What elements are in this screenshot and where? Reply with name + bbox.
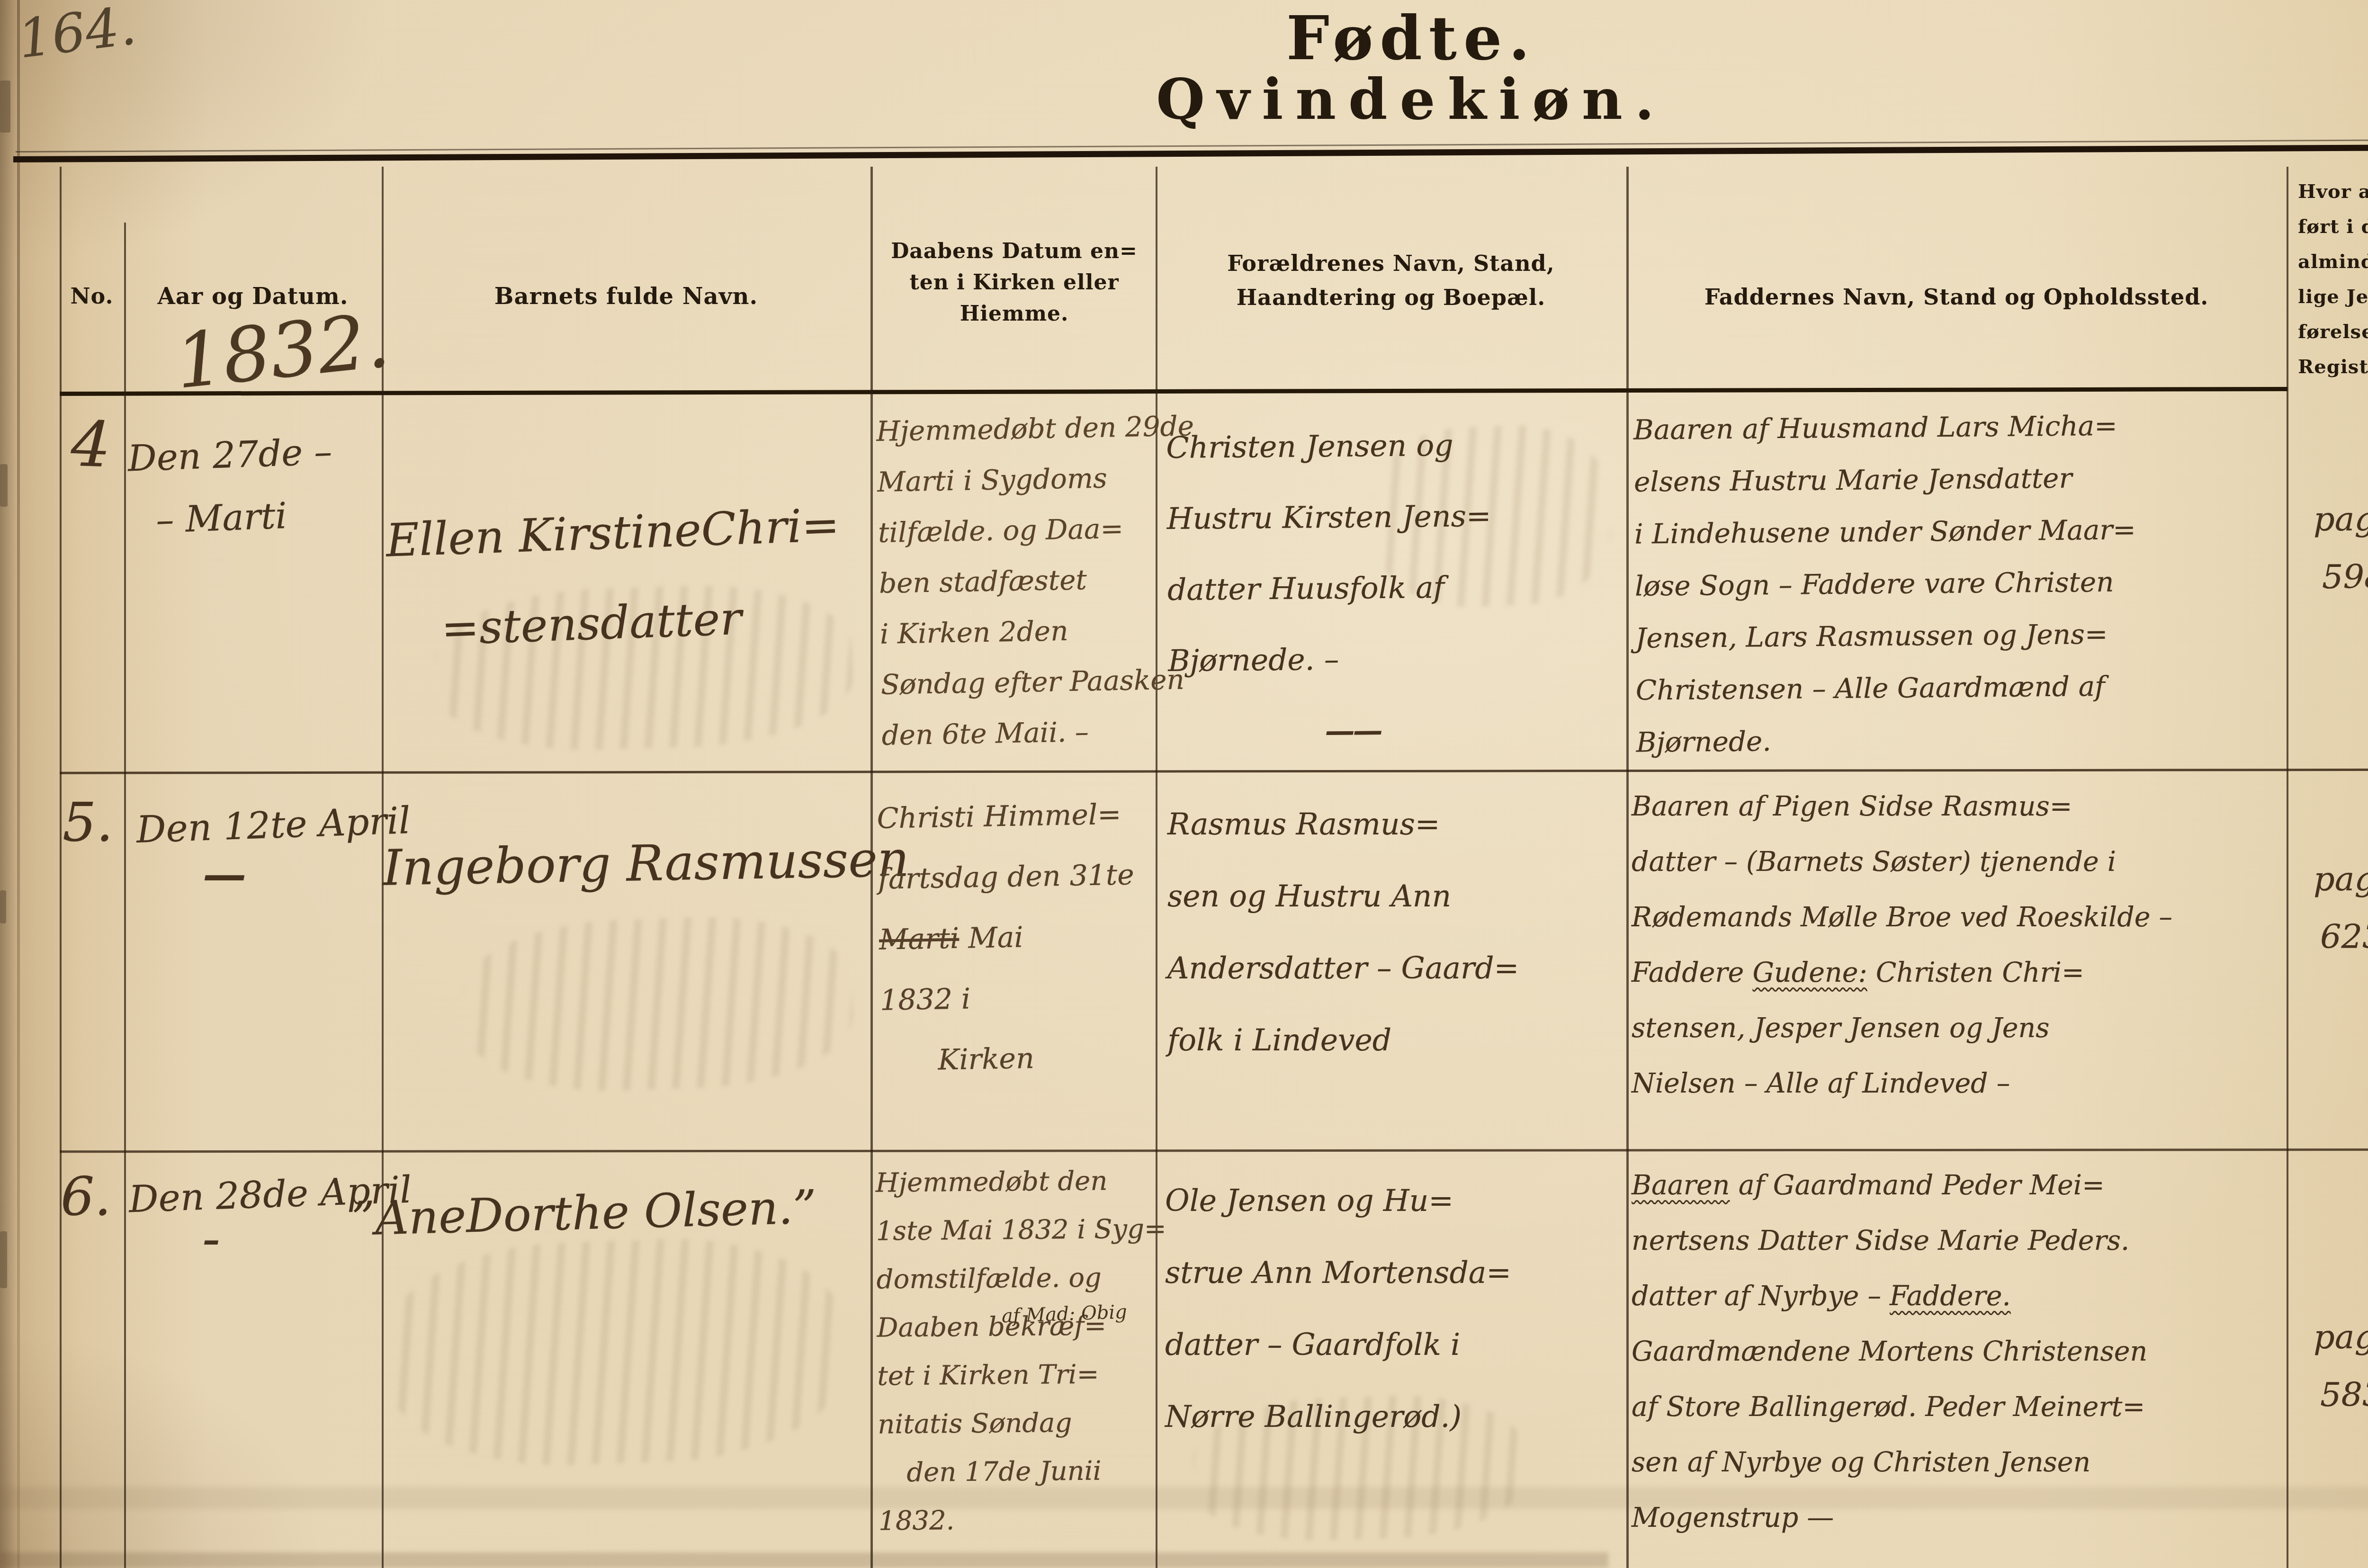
underlined-word: Gudene: xyxy=(1752,957,1867,988)
hw-line: Jensen, Lars Rasmussen og Jens= xyxy=(1635,608,2137,664)
column-divider xyxy=(1626,167,1629,1568)
hw-line: Christensen – Alle Gaardmænd af xyxy=(1635,660,2137,716)
hw-line: Baaren af Huusmand Lars Micha= xyxy=(1633,399,2135,456)
col-header-register: Hvor an= ført i det alminde= lige Jevn= … xyxy=(2298,174,2368,385)
hw-line: Faddere Gudene: Christen Chri= xyxy=(1632,945,2172,1001)
header-line: alminde= xyxy=(2298,244,2368,279)
hw-line: folk i Lindeved xyxy=(1167,1004,1519,1076)
page-edge-shadow xyxy=(0,0,18,1568)
ink-bleedthrough xyxy=(461,912,855,1096)
r6-name: ”AneDorthe Olsen.” xyxy=(351,1180,817,1246)
hw-word: af Gaardmand Peder Mei= xyxy=(1730,1170,2105,1201)
header-year-handwritten: 1832. xyxy=(171,297,394,406)
page-number: 164. xyxy=(15,0,139,71)
hw-word: Faddere xyxy=(1632,957,1752,988)
hw-line: Nielsen – Alle af Lindeved – xyxy=(1632,1056,2172,1111)
edge-mark xyxy=(0,81,10,133)
hw-line: pag xyxy=(2314,850,2368,908)
col-header-name: Barnets fulde Navn. xyxy=(382,283,870,310)
r5-baptism: Christi Himmel= fartsdag den 31te Marti … xyxy=(876,784,1138,1091)
hw-word: datter af Nyrbye – xyxy=(1632,1281,1890,1312)
hw-line: i Kirken 2den xyxy=(879,603,1198,660)
hw-line: i Lindehusene under Sønder Maar= xyxy=(1634,503,2136,560)
corner-shadow xyxy=(0,1331,332,1568)
hw-line: stensen, Jesper Jensen og Jens xyxy=(1632,1001,2172,1056)
hw-line: —— xyxy=(1168,694,1493,768)
hw-line: Christen Jensen og xyxy=(1166,410,1491,484)
row-divider xyxy=(60,768,2368,774)
hw-line: fartsdag den 31te xyxy=(878,844,1135,909)
r4-no: 4 xyxy=(70,408,112,482)
hw-line: Gaardmændene Mortens Christensen xyxy=(1632,1324,2147,1380)
hw-line: Rødemands Mølle Broe ved Roeskilde – xyxy=(1632,890,2172,945)
table-top-rule xyxy=(13,143,2368,162)
paper-crease xyxy=(0,1552,1608,1568)
hw-line: 598. xyxy=(2314,548,2368,606)
hw-line: Baaren af Pigen Sidse Rasmus= xyxy=(1632,779,2172,834)
r5-parents: Rasmus Rasmus= sen og Hustru Ann Andersd… xyxy=(1167,788,1519,1076)
r4-register: pag 598. xyxy=(2314,490,2368,606)
struck-word: Marti xyxy=(879,922,959,957)
underlined-word: Baaren xyxy=(1632,1170,1730,1201)
hw-line: sen og Hustru Ann xyxy=(1167,860,1519,932)
hw-line: sen af Nyrbye og Christen Jensen xyxy=(1632,1435,2147,1490)
hw-line: nertsens Datter Sidse Marie Peders. xyxy=(1632,1213,2147,1269)
header-line: ført i det xyxy=(2298,209,2368,244)
edge-mark xyxy=(0,890,6,923)
header-line: førelses xyxy=(2298,314,2368,349)
hw-line: 1832. xyxy=(879,1495,1169,1545)
r6-register: pag 583. xyxy=(2314,1308,2368,1424)
hw-line: nitatis Søndag xyxy=(878,1398,1168,1449)
hw-line: Nørre Ballingerød.) xyxy=(1165,1381,1511,1453)
r6-sponsors: Baaren af Gaardmand Peder Mei= nertsens … xyxy=(1632,1158,2147,1546)
hw-line: den 6te Maii. – xyxy=(881,705,1200,761)
col-header-no: No. xyxy=(60,283,124,309)
hw-line: løse Sogn – Faddere vare Christen xyxy=(1635,556,2137,612)
hw-line: datter af Nyrbye – Faddere. xyxy=(1632,1269,2147,1324)
hw-line: strue Ann Mortensda= xyxy=(1165,1237,1511,1309)
column-divider xyxy=(60,167,62,1568)
r5-name: Ingeborg Rasmussen xyxy=(382,830,910,896)
r5-no: 5. xyxy=(63,792,113,853)
r4-baptism: Hjemmedøbt den 29de Marti i Sygdoms tilf… xyxy=(876,401,1200,761)
hw-line: Hjemmedøbt den 29de xyxy=(876,401,1194,457)
hw-line: pag xyxy=(2314,1308,2368,1366)
r4-parents: Christen Jensen og Hustru Kirsten Jens= … xyxy=(1166,410,1494,768)
hw-line: Bjørnede. – xyxy=(1168,623,1493,697)
header-line: Hvor an= xyxy=(2298,174,2368,209)
hw-line: 623. xyxy=(2314,908,2368,966)
page-title: Fødte. xyxy=(1080,3,1743,74)
hw-line: Hjemmedøbt den xyxy=(875,1156,1166,1207)
underlined-word: Faddere. xyxy=(1890,1281,2010,1312)
hw-line: Mogenstrup — xyxy=(1632,1490,2147,1546)
hw-word: Mai xyxy=(959,921,1024,955)
hw-line: af Store Ballingerød. Peder Meinert= xyxy=(1632,1380,2147,1435)
r6-date-dash: – xyxy=(203,1219,218,1260)
r5-register: pag 623. xyxy=(2314,850,2368,966)
header-line: Hiemme. xyxy=(873,298,1156,330)
hw-line: Søndag efter Paasken xyxy=(880,654,1199,710)
r6-no: 6. xyxy=(61,1166,111,1228)
hw-line: Rasmus Rasmus= xyxy=(1167,788,1519,860)
header-bottom-rule xyxy=(60,387,2287,396)
hw-word: Christen Chri= xyxy=(1867,957,2084,988)
hw-line: datter – (Barnets Søster) tjenende i xyxy=(1632,834,2172,890)
hw-line: Marti Mai xyxy=(879,905,1136,970)
column-divider xyxy=(2287,167,2288,1568)
hw-line: Ole Jensen og Hu= xyxy=(1165,1165,1511,1237)
row-divider xyxy=(60,1148,2368,1153)
header-line: ten i Kirken eller xyxy=(873,267,1156,298)
hw-line: tet i Kirken Tri= xyxy=(877,1350,1168,1400)
header-line: Regist er. xyxy=(2298,349,2368,385)
hw-line: pag xyxy=(2314,490,2368,548)
r4-name: Ellen KirstineChri= =stensdatter xyxy=(385,480,844,675)
edge-mark xyxy=(0,1231,7,1288)
hw-line: 1832 i xyxy=(879,966,1137,1030)
col-header-parents: Forældrenes Navn, Stand, Haandtering og … xyxy=(1156,246,1626,314)
ink-bleedthrough xyxy=(385,1233,847,1471)
hw-line: Andersdatter – Gaard= xyxy=(1167,932,1519,1004)
r6-baptism-insertion: af Mad: Obig xyxy=(1001,1301,1127,1327)
hw-line: datter Huusfolk af xyxy=(1167,552,1492,626)
col-header-baptism: Daabens Datum en= ten i Kirken eller Hie… xyxy=(873,236,1156,330)
r4-sponsors: Baaren af Huusmand Lars Micha= elsens Hu… xyxy=(1633,399,2138,768)
header-line: lige Jevn= xyxy=(2298,279,2368,314)
header-line: Daabens Datum en= xyxy=(873,236,1156,267)
r6-parents: Ole Jensen og Hu= strue Ann Mortensda= d… xyxy=(1165,1165,1511,1453)
hw-line: datter – Gaardfolk i xyxy=(1165,1309,1511,1381)
r6-baptism: Hjemmedøbt den 1ste Mai 1832 i Syg= doms… xyxy=(875,1156,1169,1545)
r5-date: Den 12te April xyxy=(136,799,412,851)
page-edge-line xyxy=(17,0,20,1568)
page-subtitle: Qvindekiøn. xyxy=(1032,66,1790,132)
hw-line: 583. xyxy=(2314,1366,2368,1424)
hw-line: elsens Hustru Marie Jensdatter xyxy=(1634,451,2136,508)
edge-mark xyxy=(0,464,8,507)
r5-sponsors: Baaren af Pigen Sidse Rasmus= datter – (… xyxy=(1632,779,2172,1111)
header-line: Forældrenes Navn, Stand, xyxy=(1156,246,1626,280)
hw-line: Marti i Sygdoms xyxy=(877,451,1195,508)
header-line: Haandtering og Boepæl. xyxy=(1156,280,1626,314)
r5-date-dash: — xyxy=(203,849,244,900)
hw-line: Den 27de – xyxy=(127,421,333,490)
hw-line: Ellen KirstineChri= xyxy=(385,480,842,585)
hw-line: Christi Himmel= xyxy=(876,784,1133,849)
col-header-sponsors: Faddernes Navn, Stand og Opholdssted. xyxy=(1626,284,2287,310)
column-divider xyxy=(124,223,126,1568)
hw-line: =stensdatter xyxy=(387,570,844,675)
hw-line: Bjørnede. xyxy=(1636,712,2138,768)
hw-line: ben stadfæstet xyxy=(879,553,1197,609)
hw-line: den 17de Junii xyxy=(878,1446,1169,1497)
hw-line: Hustru Kirsten Jens= xyxy=(1166,481,1491,555)
hw-line: 1ste Mai 1832 i Syg= xyxy=(876,1205,1166,1255)
hw-line: Baaren af Gaardmand Peder Mei= xyxy=(1632,1158,2147,1213)
hw-line: tilfælde. og Daa= xyxy=(878,502,1196,558)
hw-line: Kirken xyxy=(880,1026,1138,1091)
hw-line: – Marti xyxy=(129,483,335,552)
parish-register-scan: 164. Fødte. Qvindekiøn. No. Aar og Datum… xyxy=(0,0,2368,1568)
r4-date: Den 27de – – Marti xyxy=(127,421,335,553)
hw-line: domstilfælde. og xyxy=(876,1253,1167,1304)
